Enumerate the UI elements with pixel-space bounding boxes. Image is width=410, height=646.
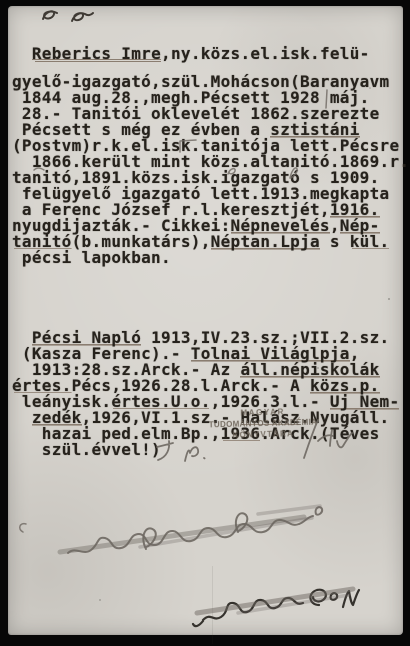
paragraph-biography: Reberics Imre,ny.közs.el.isk.felü-gyelő-… (12, 46, 403, 266)
typed-text: ,ny.közs.el.isk.felü- (161, 44, 370, 63)
typed-text (12, 44, 32, 63)
typed-text: pécsi lapokban. (12, 248, 171, 267)
scanned-card-photo: Reberics Imre,ny.közs.el.isk.felü-gyelő-… (0, 0, 410, 646)
library-stamp: MAGYAR TUDOMÁNYOS AKADÉMIA KÖNYVTÁRA (198, 406, 329, 440)
underlined-text: Néptan.Lpja (211, 232, 320, 251)
underlined-text: kül. (350, 232, 390, 251)
typewritten-line: szül.évvel!) (12, 442, 403, 458)
index-card-paper: Reberics Imre,ny.közs.el.isk.felü-gyelő-… (8, 6, 403, 635)
typed-text: szül.évvel!) (12, 440, 161, 459)
typewritten-line: pécsi lapokban. (12, 250, 403, 266)
paper-crease (212, 566, 213, 644)
underlined-text: Reberics Imre (32, 44, 161, 63)
typewritten-line: Reberics Imre,ny.közs.el.isk.felü- (12, 46, 403, 62)
typed-text: s (320, 232, 350, 251)
